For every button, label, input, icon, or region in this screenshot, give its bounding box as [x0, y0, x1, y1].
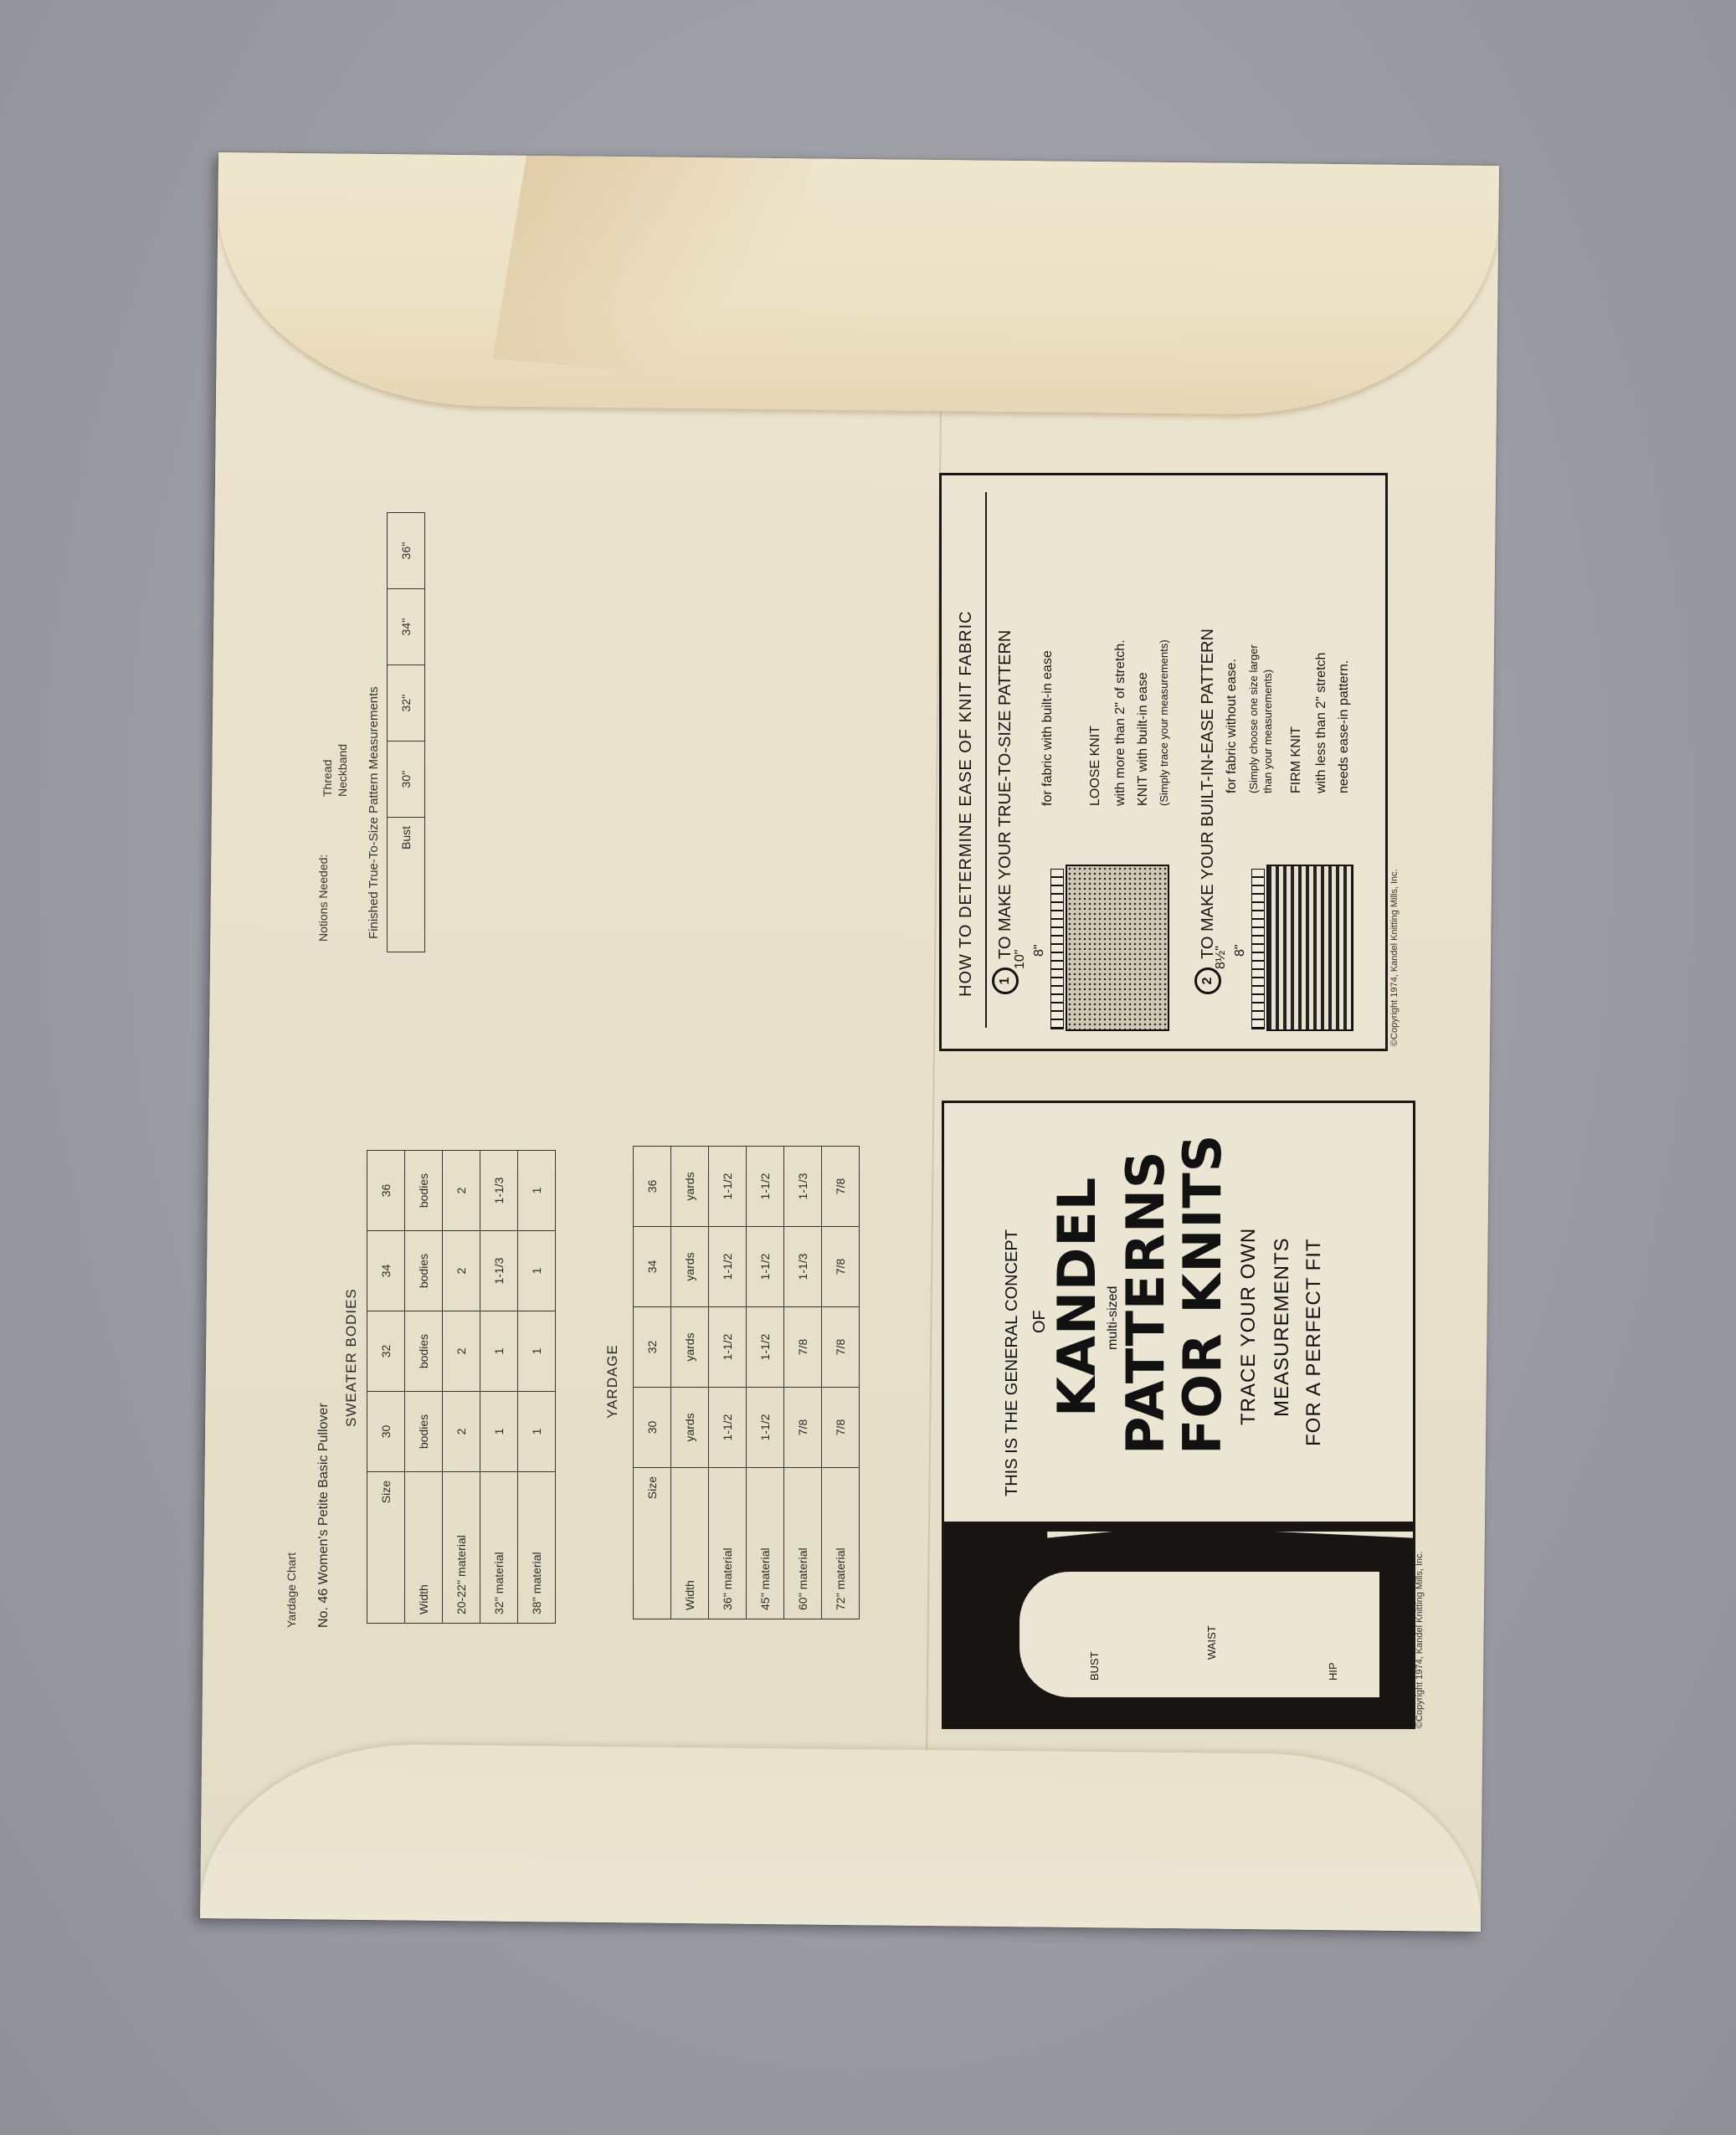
table-cell: 30	[367, 1392, 405, 1472]
bodice-label-hip: HIP	[1327, 1662, 1339, 1681]
bodice-label-waist: WAIST	[1205, 1625, 1218, 1660]
table-cell: 36	[367, 1151, 405, 1231]
table-cell: 1	[518, 1231, 556, 1311]
table-row: Bust30''32''34''36''	[388, 513, 425, 952]
table-cell: 2	[443, 1151, 480, 1231]
step2-knit-type: FIRM KNIT	[1289, 726, 1304, 793]
table-cell: 1	[518, 1392, 556, 1472]
table-row: 36'' material1-1/21-1/21-1/21-1/2	[709, 1147, 747, 1619]
table-cell: 1	[480, 1392, 518, 1472]
table-cell: 34	[634, 1227, 671, 1307]
table-cell: 32	[367, 1311, 405, 1392]
step1-line2: KNIT with built-in ease	[1136, 672, 1151, 806]
table-cell: 7/8	[822, 1388, 860, 1468]
table-row: 72'' material7/87/87/87/8	[822, 1147, 860, 1619]
table-cell: 32	[634, 1307, 671, 1388]
notions-list: Thread Neckband	[320, 744, 350, 797]
table-cell: 30''	[388, 742, 425, 818]
step1-knit-type: LOOSE KNIT	[1088, 726, 1103, 806]
table-cell: 1-1/3	[784, 1227, 822, 1307]
finished-measurements-title: Finished True-To-Size Pattern Measuremen…	[367, 686, 381, 939]
step1-measure-outer: 10"	[1013, 950, 1028, 969]
sweater-bodies-title: SWEATER BODIES	[343, 1288, 360, 1427]
table-row: Size30323436	[367, 1151, 405, 1624]
table-cell: yards	[671, 1227, 709, 1307]
table-cell: 30	[634, 1388, 671, 1468]
step2-heading: 2 TO MAKE YOUR BUILT-IN-EASE PATTERN	[1194, 629, 1221, 994]
table-row: 32'' material111-1/31-1/3	[480, 1151, 518, 1624]
table-row: 38'' material1111	[518, 1151, 556, 1624]
row-label-cell: 32'' material	[480, 1472, 518, 1624]
step2-line2: needs ease-in pattern.	[1337, 660, 1352, 793]
ease-title-rule	[985, 492, 987, 1028]
table-cell: 34	[367, 1231, 405, 1311]
table-cell: 1-1/3	[480, 1231, 518, 1311]
table-cell: 36	[634, 1147, 671, 1227]
bust-table-wrap: Bust30''32''34''36''	[387, 512, 425, 952]
step1-line1: with more than 2" of stretch.	[1113, 639, 1128, 806]
notions-label: Notions Needed:	[316, 855, 330, 942]
step2-note1: (Simply choose one size larger	[1247, 644, 1260, 793]
step1-note: (Simply trace your measurements)	[1158, 639, 1170, 806]
kandel-concept-box: THIS IS THE GENERAL CONCEPT OF KANDEL mu…	[942, 1101, 1415, 1729]
table-row: 60'' material7/87/81-1/31-1/3	[784, 1147, 822, 1619]
row-label-cell: Width	[405, 1472, 443, 1624]
table-cell: 1-1/2	[747, 1227, 784, 1307]
bodice-divider	[944, 1522, 1413, 1532]
table-cell: 1	[518, 1311, 556, 1392]
ease-info-box: HOW TO DETERMINE EASE OF KNIT FABRIC 1 T…	[939, 473, 1388, 1051]
yardage-title: YARDAGE	[604, 1344, 621, 1419]
step2-number-icon: 2	[1194, 967, 1221, 994]
table-cell: 1-1/2	[709, 1147, 747, 1227]
table-cell: 1-1/2	[747, 1147, 784, 1227]
table-cell: 7/8	[784, 1307, 822, 1388]
table-cell: 2	[443, 1231, 480, 1311]
step2-measure-outer: 8½"	[1214, 946, 1229, 969]
pattern-name: No. 46 Women's Petite Basic Pullover	[316, 1403, 331, 1628]
bodice-label-bust: BUST	[1088, 1651, 1101, 1681]
row-label-cell: 72'' material	[822, 1468, 860, 1619]
kandel-tagline3: FOR A PERFECT FIT	[1302, 1238, 1326, 1446]
step1-number-icon: 1	[992, 967, 1019, 994]
table-row: 20-22'' material2222	[443, 1151, 480, 1624]
table-cell: 32''	[388, 665, 425, 742]
row-label-cell: Size	[634, 1468, 671, 1619]
kandel-tagline2: MEASUREMENTS	[1271, 1237, 1294, 1417]
table-cell: 7/8	[822, 1307, 860, 1388]
table-row: 45'' material1-1/21-1/21-1/21-1/2	[747, 1147, 784, 1619]
step2-measure-inner: 8"	[1233, 944, 1248, 957]
table-cell: 1-1/2	[747, 1388, 784, 1468]
kandel-brand: KANDEL	[1051, 1177, 1103, 1417]
table-cell: 34''	[388, 589, 425, 665]
step2-subheading: for fabric without ease.	[1225, 659, 1240, 793]
kandel-title-for-knits: FOR KNITS	[1177, 1134, 1229, 1455]
kandel-copyright: ©Copyright 1974, Kandel Knitting Mills, …	[1415, 1551, 1425, 1728]
table-cell: yards	[671, 1147, 709, 1227]
table-cell: yards	[671, 1388, 709, 1468]
table-cell: 1-1/2	[709, 1388, 747, 1468]
step1-ruler-icon	[1050, 869, 1064, 1029]
table-cell: 1-1/3	[480, 1151, 518, 1231]
table-cell: 1-1/2	[747, 1307, 784, 1388]
sweater-bodies-table-wrap: Size30323436Widthbodiesbodiesbodiesbodie…	[367, 1150, 556, 1624]
table-cell: 2	[443, 1392, 480, 1472]
table-row: Widthyardsyardsyardsyards	[671, 1147, 709, 1619]
yardage-chart-label: Yardage Chart	[285, 1552, 298, 1628]
table-cell: 1-1/2	[709, 1307, 747, 1388]
kandel-title-patterns: PATTERNS	[1120, 1150, 1172, 1455]
table-row: Size30323436	[634, 1147, 671, 1619]
table-cell: 2	[443, 1311, 480, 1392]
table-cell: bodies	[405, 1392, 443, 1472]
table-cell: 7/8	[822, 1147, 860, 1227]
step2-note2: than your measurements)	[1261, 670, 1274, 793]
notion-neckband: Neckband	[335, 744, 350, 797]
row-label-cell: 38'' material	[518, 1472, 556, 1624]
envelope-top-flap	[216, 152, 1499, 417]
firm-knit-illustration	[1266, 865, 1353, 1031]
table-cell: 36''	[388, 513, 425, 589]
row-label-cell: 36'' material	[709, 1468, 747, 1619]
step1-heading: 1 TO MAKE YOUR TRUE-TO-SIZE PATTERN	[992, 630, 1019, 994]
notion-thread: Thread	[320, 744, 335, 797]
table-cell: 1-1/2	[709, 1227, 747, 1307]
yardage-table: Size30323436Widthyardsyardsyardsyards36'…	[633, 1146, 860, 1619]
bodice-pattern-piece	[1020, 1572, 1379, 1697]
table-cell: 1	[480, 1311, 518, 1392]
flap-tear-damage	[492, 156, 813, 385]
row-label-cell: Bust	[388, 818, 425, 952]
row-label-cell: 60'' material	[784, 1468, 822, 1619]
ease-copyright: ©Copyright 1974, Kandel Knitting Mills, …	[1389, 869, 1400, 1046]
kandel-concept-line1: THIS IS THE GENERAL CONCEPT	[1003, 1229, 1022, 1496]
row-label-cell: Size	[367, 1472, 405, 1624]
bust-measurements-table: Bust30''32''34''36''	[387, 512, 425, 952]
table-cell: 1	[518, 1151, 556, 1231]
table-cell: yards	[671, 1307, 709, 1388]
row-label-cell: 45'' material	[747, 1468, 784, 1619]
table-cell: bodies	[405, 1231, 443, 1311]
table-cell: bodies	[405, 1311, 443, 1392]
table-cell: bodies	[405, 1151, 443, 1231]
step1-measure-inner: 8"	[1032, 944, 1047, 957]
envelope-bottom-flap	[200, 1742, 1482, 1932]
step2-line1: with less than 2" stretch	[1314, 653, 1329, 793]
ease-title: HOW TO DETERMINE EASE OF KNIT FABRIC	[957, 610, 976, 997]
row-label-cell: Width	[671, 1468, 709, 1619]
kandel-tagline1: TRACE YOUR OWN	[1237, 1228, 1261, 1425]
row-label-cell: 20-22'' material	[443, 1472, 480, 1624]
sweater-bodies-table: Size30323436Widthbodiesbodiesbodiesbodie…	[367, 1150, 556, 1624]
table-cell: 1-1/3	[784, 1147, 822, 1227]
step1-subheading: for fabric with built-in ease	[1040, 650, 1055, 806]
loose-knit-illustration	[1066, 865, 1169, 1031]
table-cell: 7/8	[784, 1388, 822, 1468]
table-row: Widthbodiesbodiesbodiesbodies	[405, 1151, 443, 1624]
step2-ruler-icon	[1251, 869, 1265, 1029]
table-cell: 7/8	[822, 1227, 860, 1307]
yardage-table-wrap: Size30323436Widthyardsyardsyardsyards36'…	[633, 1146, 860, 1619]
